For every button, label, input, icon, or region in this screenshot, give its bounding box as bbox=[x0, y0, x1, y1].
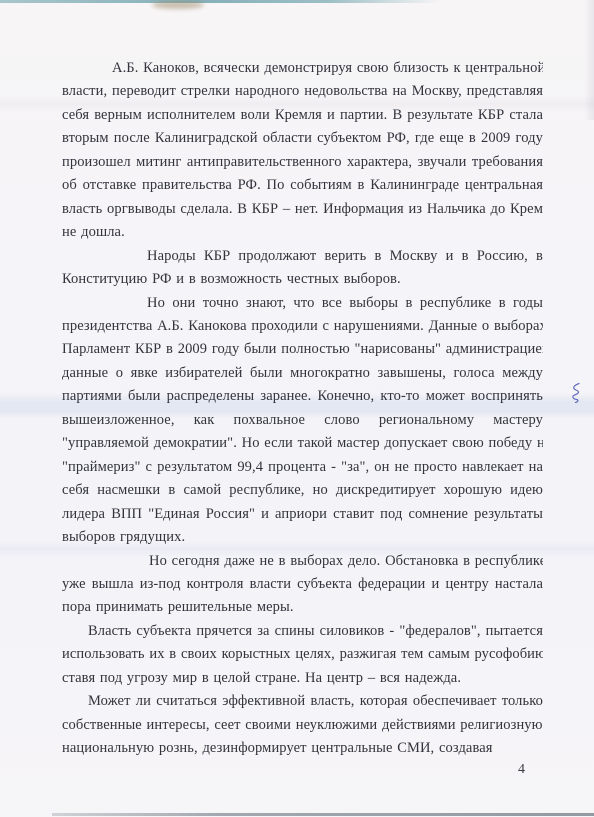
text-line: об отставке правительства РФ. По события… bbox=[62, 174, 543, 197]
text-line: Парламент КБР в 2009 году были полностью… bbox=[62, 338, 543, 361]
paragraph: Но сегодня даже не в выборах дело. Обста… bbox=[62, 550, 543, 620]
text-line: Но сегодня даже не в выборах дело. Обста… bbox=[62, 550, 543, 573]
text-line: "управляемой демократии". Но если такой … bbox=[62, 432, 543, 455]
paragraph: Может ли считаться эффективной власть, к… bbox=[62, 690, 543, 760]
scanner-edge-top bbox=[0, 0, 440, 3]
text-line: лидера ВПП "Единая Россия" и априори ста… bbox=[62, 503, 543, 526]
text-block: А.Б. Каноков, всячески демонстрируя свою… bbox=[62, 57, 543, 761]
text-line: себя насмешки в самой республике, но дис… bbox=[62, 479, 543, 502]
text-line: "праймериз" с результатом 99,4 процента … bbox=[62, 456, 543, 479]
text-line: вышеизложенное, как похвальное слово рег… bbox=[62, 409, 543, 432]
paragraph: Власть субъекта прячется за спины силови… bbox=[62, 620, 543, 690]
text-line: национальную рознь, дезинформирует центр… bbox=[62, 737, 543, 760]
text-line: А.Б. Каноков, всячески демонстрируя свою… bbox=[62, 57, 543, 80]
text-line: использовать их в своих корыстных целях,… bbox=[62, 643, 543, 666]
text-line: Но они точно знают, что все выборы в рес… bbox=[62, 292, 543, 315]
pen-mark-icon bbox=[570, 382, 584, 404]
text-line: вторым после Калиниградской области субъ… bbox=[62, 127, 543, 150]
text-line: Власть субъекта прячется за спины силови… bbox=[62, 620, 543, 643]
scanner-edge-bottom bbox=[52, 813, 594, 816]
text-line: ставя под угрозу мир в целой стране. На … bbox=[62, 667, 543, 690]
text-line: Может ли считаться эффективной власть, к… bbox=[62, 690, 543, 713]
paragraph: Народы КБР продолжают верить в Москву и … bbox=[62, 245, 543, 292]
text-line: партиями были распределены заранее. Коне… bbox=[62, 385, 543, 408]
text-line: себя верным исполнителем воли Кремля и п… bbox=[62, 104, 543, 127]
scan-corner-shade bbox=[584, 0, 594, 120]
paragraph: Но они точно знают, что все выборы в рес… bbox=[62, 292, 543, 550]
text-line: собственные интересы, сеет своими неуклю… bbox=[62, 714, 543, 737]
text-line: пора принимать решительные меры. bbox=[62, 596, 543, 619]
page-number: 4 bbox=[518, 762, 525, 778]
scanned-page: А.Б. Каноков, всячески демонстрируя свою… bbox=[0, 0, 594, 817]
text-line: власть оргвыводы сделала. В КБР – нет. И… bbox=[62, 198, 543, 221]
text-line: Конституцию РФ и в возможность честных в… bbox=[62, 268, 543, 291]
scan-smudge bbox=[152, 1, 204, 9]
text-line: данные о явке избирателей были многократ… bbox=[62, 362, 543, 385]
text-line: выборов грядущих. bbox=[62, 526, 543, 549]
text-line: власти, переводит стрелки народного недо… bbox=[62, 80, 543, 103]
text-line: президентства А.Б. Канокова проходили с … bbox=[62, 315, 543, 338]
text-line: не дошла. bbox=[62, 221, 543, 244]
text-line: уже вышла из-под контроля власти субъект… bbox=[62, 573, 543, 596]
paragraph: А.Б. Каноков, всячески демонстрируя свою… bbox=[62, 57, 543, 245]
text-line: Народы КБР продолжают верить в Москву и … bbox=[62, 245, 543, 268]
text-line: произошел митинг антиправительственного … bbox=[62, 151, 543, 174]
